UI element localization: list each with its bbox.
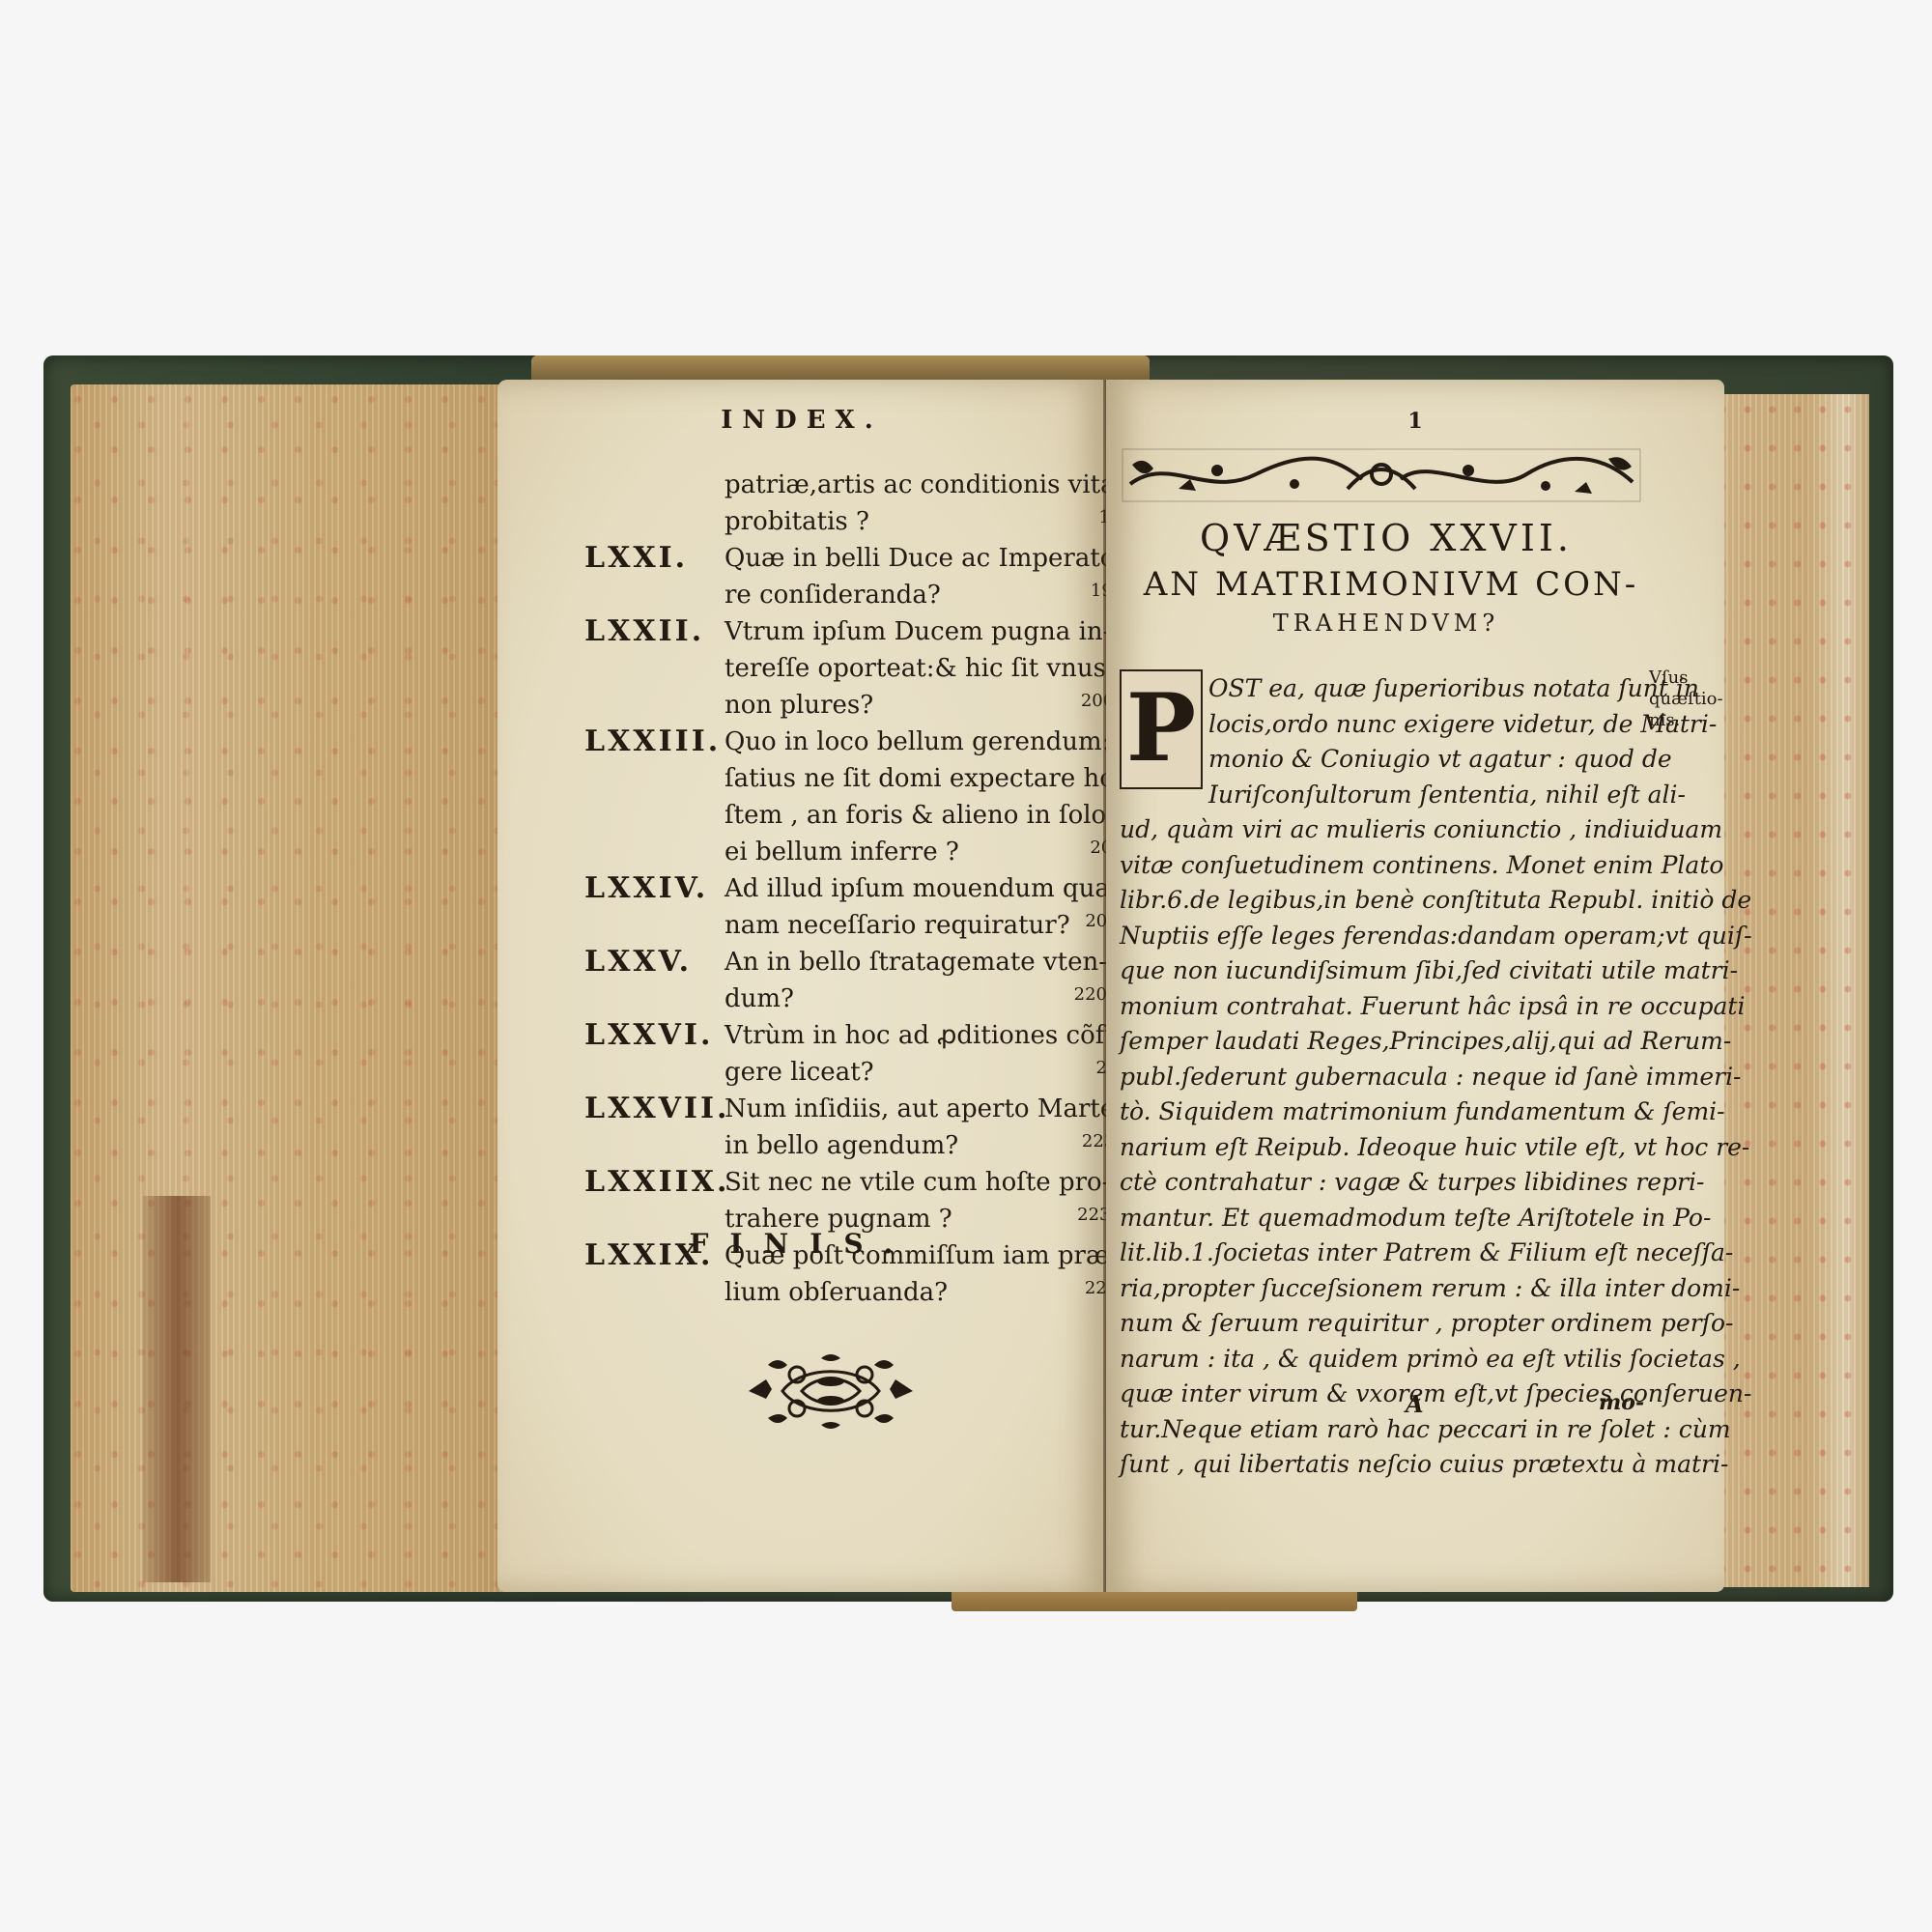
running-head: INDEX. [497,406,1106,435]
question-subtitle-cont: TRAHENDVM? [1106,610,1666,637]
index-entry: patriæ,artis ac conditionis vitæ, probit… [584,467,1087,540]
signature-mark: A [1406,1390,1424,1418]
index-entry: LXXI. Quæ in belli Duce ac Imperato- re … [584,540,1087,613]
index-entry: LXXVI. Vtrùm in hoc ad ꝓditiones cõfu- g… [584,1017,1087,1091]
page-number: 1 [1106,409,1724,434]
index-list: patriæ,artis ac conditionis vitæ, probit… [584,467,1087,1311]
index-entry: LXXVII. Num inſidiis, aut aperto Marte i… [584,1091,1087,1164]
index-entry: LXXIII. Quo in loco bellum gerendum: ſat… [584,724,1087,870]
open-book: INDEX. patriæ,artis ac conditionis vitæ,… [43,355,1893,1616]
right-page: 1 QVÆSTIO XXVII. AN MATRIMONIVM CON- TRA… [1106,380,1724,1592]
fleuron-ornament-icon [744,1350,918,1433]
left-page: INDEX. patriæ,artis ac conditionis vitæ,… [497,380,1106,1592]
catchword: mo- [1599,1390,1644,1415]
page-ref: 220 [1074,977,1107,1013]
edge-stain [143,1196,211,1582]
index-entry: LXXIV. Ad illud ipſum mouendum qua- nam … [584,870,1087,944]
left-page-block-edge [71,384,558,1592]
marginal-note: Vſus quæſtio- nis. [1649,668,1717,731]
body-text: OST ea, quæ ſuperioribus notata ſunt in … [1120,671,1641,1483]
right-page-block-edge [1715,394,1869,1587]
index-entry: LXXII. Vtrum ipſum Ducem pugna in- tereſ… [584,613,1087,724]
headpiece-ornament-icon [1121,445,1642,505]
index-entry: LXXIIX. Sit nec ne vtile cum hoſte pro- … [584,1164,1087,1237]
question-title: QVÆSTIO XXVII. [1106,517,1666,559]
index-entry: LXXV. An in bello ſtratagemate vten- dum… [584,944,1087,1017]
question-subtitle: AN MATRIMONIVM CON- [1121,565,1662,604]
finis-label: FINIS. [497,1228,1106,1260]
